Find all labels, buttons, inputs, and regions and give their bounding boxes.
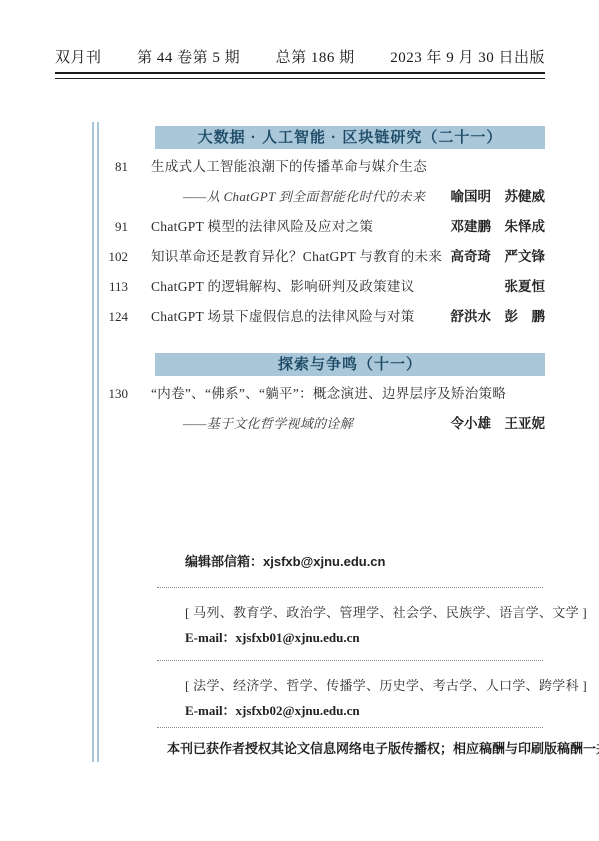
toc-entry-main-row: 81 生成式人工智能浪潮下的传播革命与媒介生态 (108, 160, 545, 174)
entry-authors: 舒洪水 彭 鹏 (451, 310, 546, 324)
toc-entry-main-row: 113 ChatGPT 的逻辑解构、影响研判及政策建议 张夏恒 (108, 280, 545, 294)
toc-entry-main-row: 124 ChatGPT 场景下虚假信息的法律风险与对策 舒洪水 彭 鹏 (108, 310, 545, 324)
editorial-mailbox-line: 编辑部信箱：xjsfxb@xjnu.edu.cn (185, 554, 545, 569)
toc-entry-main-row: 102 知识革命还是教育异化？ChatGPT 与教育的未来 高奇琦 严文锋 (108, 250, 545, 264)
entry-title: “内卷”、“佛系”、“躺平”：概念演进、边界层序及矫治策略 (151, 387, 545, 401)
entry-title: ChatGPT 场景下虚假信息的法律风险与对策 (151, 310, 451, 324)
masthead: 双月刊 第 44 卷第 5 期 总第 186 期 2023 年 9 月 30 日… (55, 46, 545, 67)
disciplines-group-1: [ 马列、教育学、政治学、管理学、社会学、民族学、语言学、文学 ] (185, 605, 545, 620)
entry-authors: 喻国明 苏健威 (451, 190, 546, 204)
toc-entry: 130 “内卷”、“佛系”、“躺平”：概念演进、边界层序及矫治策略 ——基于文化… (108, 387, 545, 431)
disciplines-group-2: [ 法学、经济学、哲学、传播学、历史学、考古学、人口学、跨学科 ] (185, 678, 545, 693)
email-group-1: E-mail：xjsfxb01@xjnu.edu.cn (185, 630, 545, 645)
toc-entry: 102 知识革命还是教育异化？ChatGPT 与教育的未来 高奇琦 严文锋 (108, 250, 545, 264)
contact-info-block: 编辑部信箱：xjsfxb@xjnu.edu.cn [ 马列、教育学、政治学、管理… (108, 554, 545, 756)
toc-entry-main-row: 130 “内卷”、“佛系”、“躺平”：概念演进、边界层序及矫治策略 (108, 387, 545, 401)
entry-subtitle: ——从 ChatGPT 到全面智能化时代的未来 (183, 190, 425, 204)
toc-entry-subtitle-row: ——基于文化哲学视域的诠解 令小雄 王亚妮 (108, 417, 545, 431)
entry-page-number: 102 (108, 250, 128, 264)
toc-entry: 124 ChatGPT 场景下虚假信息的法律风险与对策 舒洪水 彭 鹏 (108, 310, 545, 324)
entry-page-number: 91 (108, 220, 128, 234)
section-banner: 大数据 · 人工智能 · 区块链研究（二十一） (155, 126, 545, 149)
entry-page-number: 130 (108, 387, 128, 401)
copyright-notice: 本刊已获作者授权其论文信息网络电子版传播权；相应稿酬与印刷版稿酬一并支付。 (167, 741, 545, 756)
journal-frequency: 双月刊 (55, 46, 102, 67)
entry-subtitle: ——基于文化哲学视域的诠解 (183, 417, 353, 431)
journal-toc-page: 双月刊 第 44 卷第 5 期 总第 186 期 2023 年 9 月 30 日… (0, 0, 599, 841)
section-banner: 探索与争鸣（十一） (155, 353, 545, 376)
entry-title: ChatGPT 模型的法律风险及应对之策 (151, 220, 451, 234)
toc-entry-subtitle-row: ——从 ChatGPT 到全面智能化时代的未来 喻国明 苏健威 (108, 190, 545, 204)
left-accent-double-rule (92, 122, 99, 762)
entry-title: 知识革命还是教育异化？ChatGPT 与教育的未来 (151, 250, 451, 264)
toc-entry: 91 ChatGPT 模型的法律风险及应对之策 邓建鹏 朱怿成 (108, 220, 545, 234)
dotted-divider (157, 660, 543, 661)
entry-title: 生成式人工智能浪潮下的传播革命与媒介生态 (151, 160, 545, 174)
publish-date: 2023 年 9 月 30 日出版 (390, 46, 545, 67)
entry-authors: 令小雄 王亚妮 (451, 417, 546, 431)
entry-authors: 邓建鹏 朱怿成 (451, 220, 546, 234)
volume-issue: 第 44 卷第 5 期 (137, 46, 240, 67)
toc-entry: 113 ChatGPT 的逻辑解构、影响研判及政策建议 张夏恒 (108, 280, 545, 294)
email-group-2: E-mail：xjsfxb02@xjnu.edu.cn (185, 703, 545, 718)
dotted-divider (157, 587, 543, 588)
table-of-contents: 大数据 · 人工智能 · 区块链研究（二十一） 81 生成式人工智能浪潮下的传播… (108, 126, 545, 447)
header-double-rule (55, 72, 545, 79)
entry-authors: 张夏恒 (505, 280, 546, 294)
toc-section: 探索与争鸣（十一） 130 “内卷”、“佛系”、“躺平”：概念演进、边界层序及矫… (108, 353, 545, 431)
entry-page-number: 124 (108, 310, 128, 324)
entry-page-number: 113 (108, 280, 128, 294)
entry-authors: 高奇琦 严文锋 (451, 250, 546, 264)
entry-title: ChatGPT 的逻辑解构、影响研判及政策建议 (151, 280, 505, 294)
toc-entry: 81 生成式人工智能浪潮下的传播革命与媒介生态 ——从 ChatGPT 到全面智… (108, 160, 545, 204)
total-issue-number: 总第 186 期 (276, 46, 355, 67)
dotted-divider (157, 727, 543, 728)
toc-entry-main-row: 91 ChatGPT 模型的法律风险及应对之策 邓建鹏 朱怿成 (108, 220, 545, 234)
toc-section: 大数据 · 人工智能 · 区块链研究（二十一） 81 生成式人工智能浪潮下的传播… (108, 126, 545, 324)
entry-page-number: 81 (108, 160, 128, 174)
